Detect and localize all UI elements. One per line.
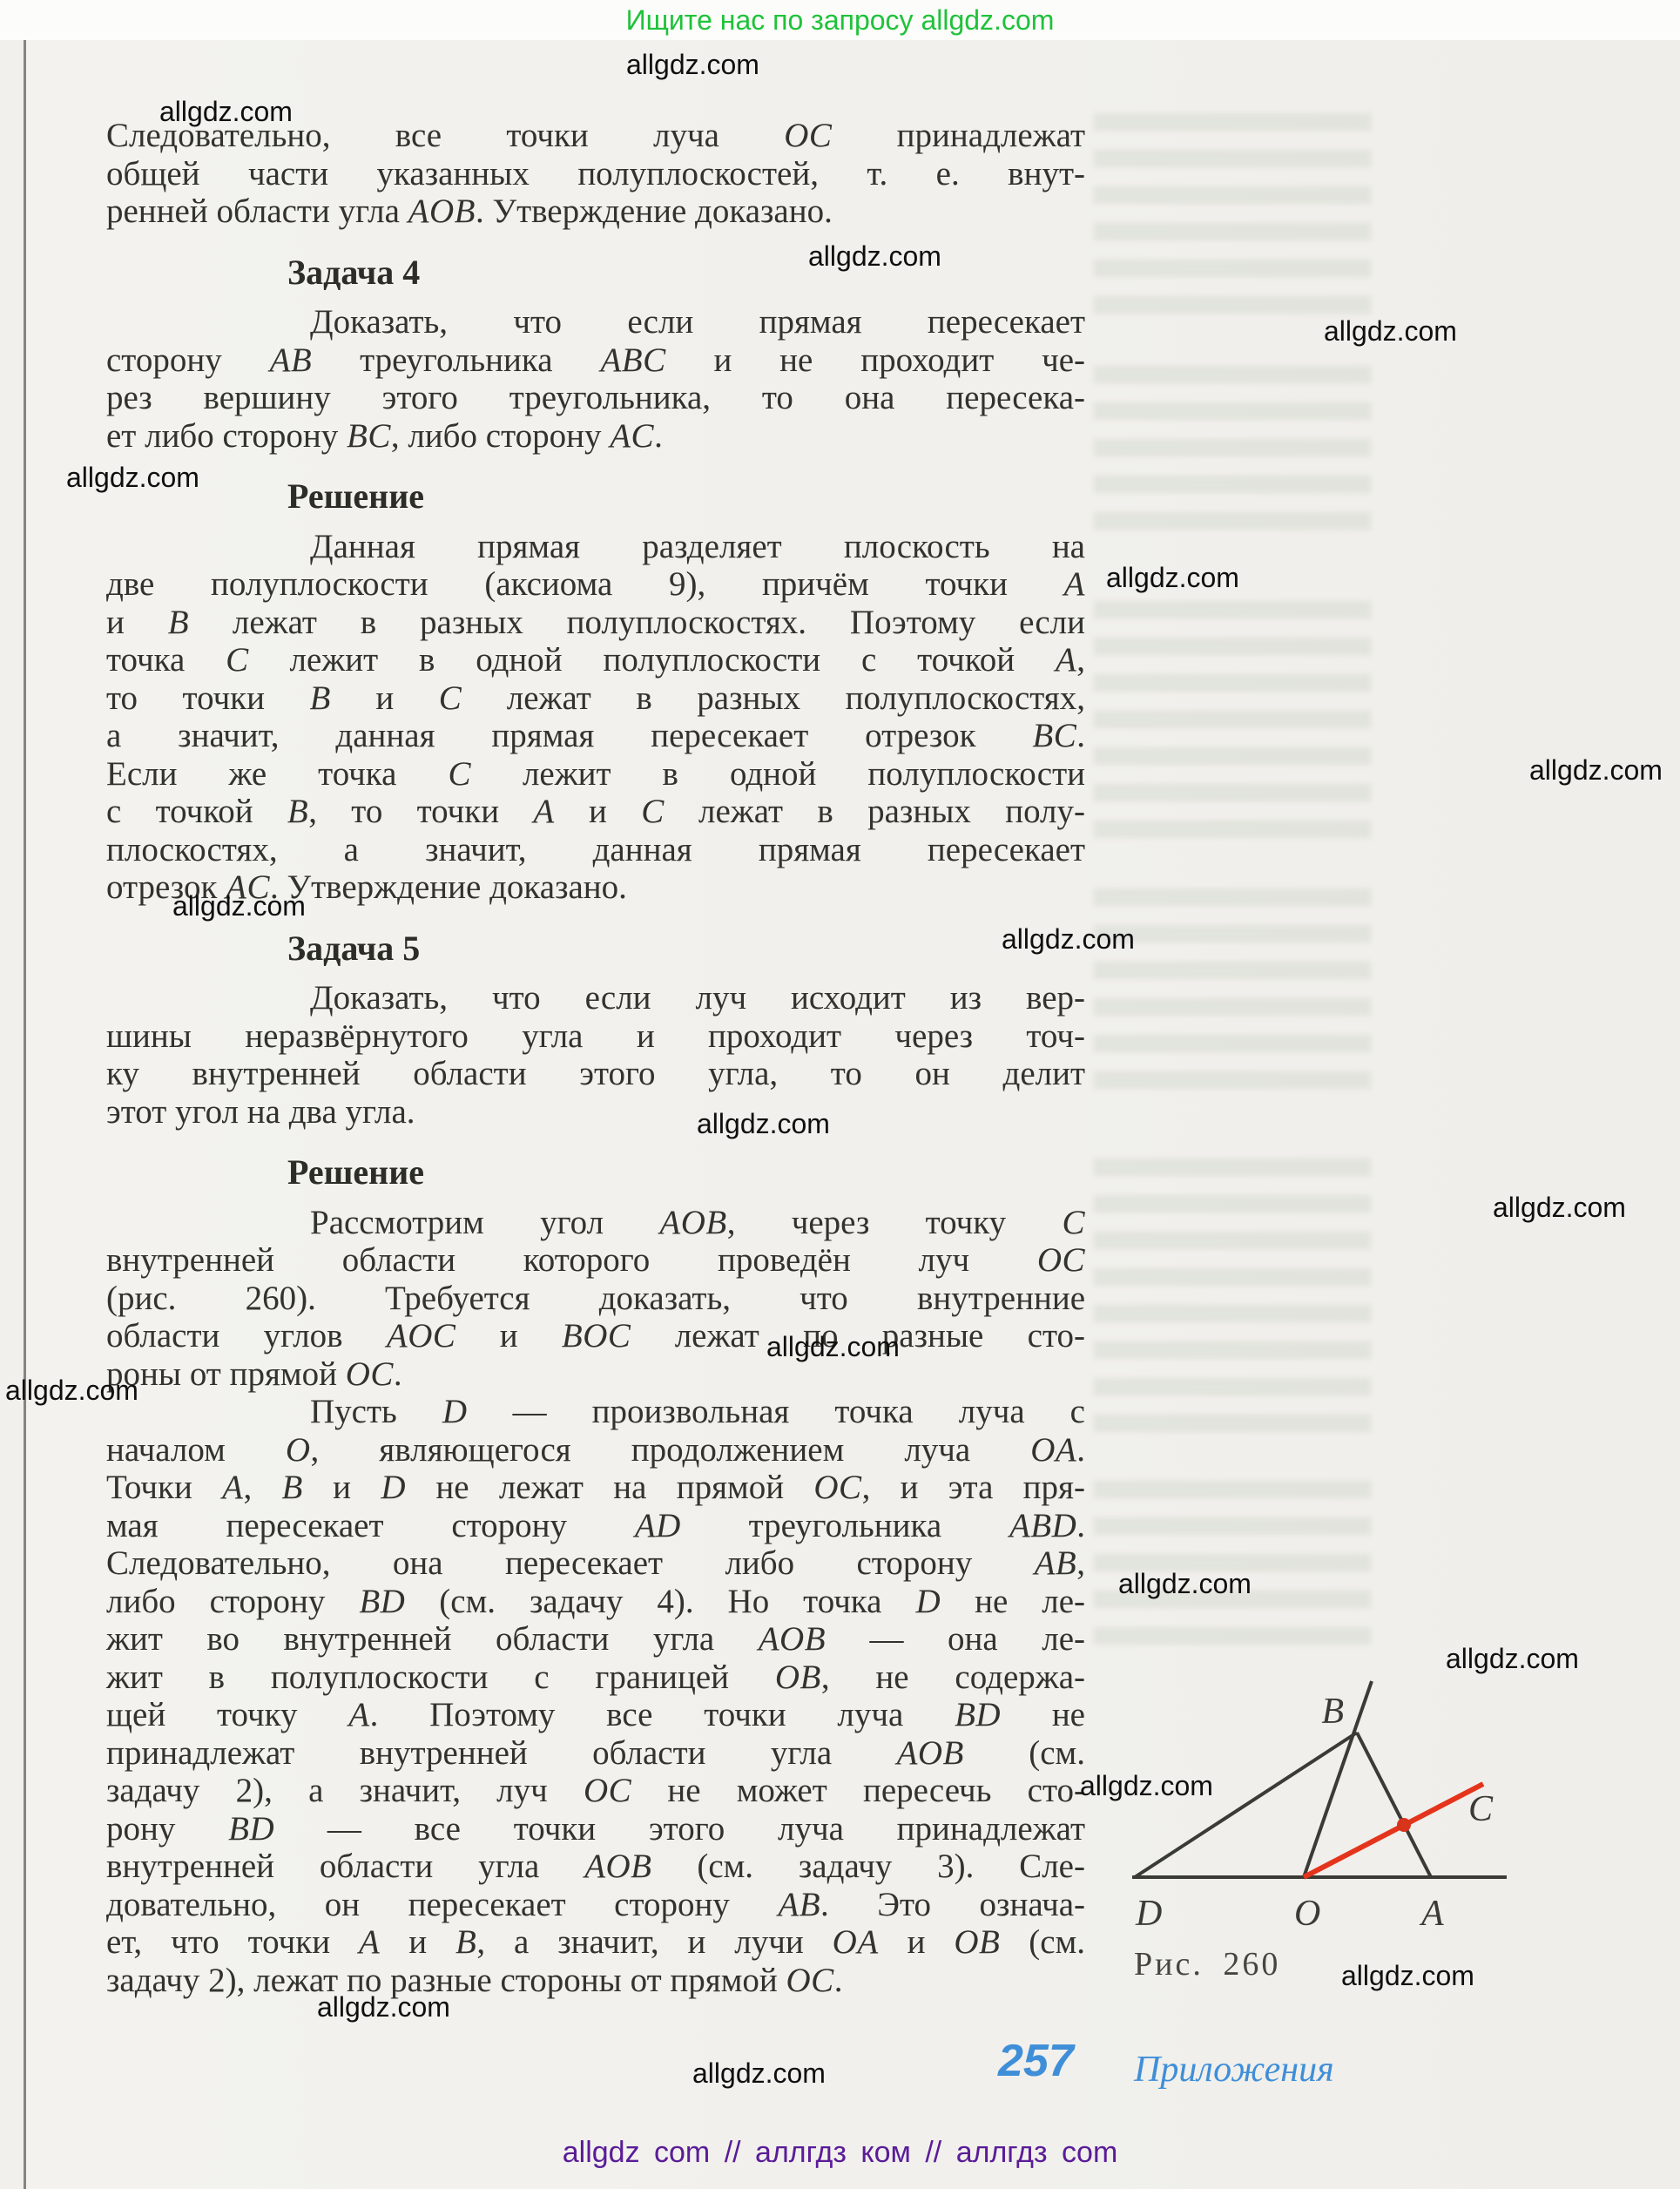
text-line: плоскостях, а значит, данная прямая пере… xyxy=(106,831,1085,869)
text-line: с точкой B, то точки A и C лежат в разны… xyxy=(106,793,1085,831)
text-line: общей части указанных полуплоскостей, т.… xyxy=(106,155,1085,193)
text-line: жит во внутренней области угла AOB — она… xyxy=(106,1620,1085,1659)
bleed-through-text xyxy=(1094,366,1371,549)
text-line: а значит, данная прямая пересекает отрез… xyxy=(106,717,1085,755)
section-heading: Решение xyxy=(287,477,1085,516)
watermark: allgdz.com xyxy=(1324,315,1457,348)
text-line: этот угол на два угла. xyxy=(106,1093,1085,1132)
text-line: Следовательно, она пересекает либо сторо… xyxy=(106,1544,1085,1583)
text-line: роны от прямой OC. xyxy=(106,1355,1085,1394)
text-line: задачу 2), лежат по разные стороны от пр… xyxy=(106,1962,1085,2000)
label-A: A xyxy=(1419,1894,1444,1934)
text-line: Пусть D — произвольная точка луча с xyxy=(106,1393,1085,1431)
book-spine-edge xyxy=(0,38,26,2189)
line-BA xyxy=(1357,1733,1431,1877)
text-line: либо сторону BD (см. задачу 4). Но точка… xyxy=(106,1583,1085,1621)
text-line: ку внутренней области этого угла, то он … xyxy=(106,1055,1085,1093)
watermark: allgdz.com xyxy=(692,2057,826,2090)
watermark: allgdz.com xyxy=(66,462,199,494)
watermark: allgdz.com xyxy=(172,890,306,922)
text-column: Следовательно, все точки луча OC принадл… xyxy=(106,117,1085,1999)
browser-top-band: Ищите нас по запросу allgdz.com xyxy=(0,0,1680,40)
page: Ищите нас по запросу allgdz.com Следоват… xyxy=(0,0,1680,2189)
figure-caption: Рис. 260 xyxy=(1134,1945,1280,1983)
watermark: allgdz.com xyxy=(766,1331,900,1363)
text-line: Доказать, что если прямая пересекает xyxy=(106,303,1085,341)
line-DB xyxy=(1135,1733,1357,1877)
section-heading: Задача 5 xyxy=(287,929,1085,968)
intersection-point xyxy=(1397,1818,1411,1832)
watermark: allgdz.com xyxy=(1118,1568,1252,1600)
text-line: Точки A, B и D не лежат на прямой OC, и … xyxy=(106,1469,1085,1507)
text-line: внутренней области угла AOB (см. задачу … xyxy=(106,1848,1085,1886)
label-C: C xyxy=(1468,1789,1494,1829)
text-line: точка C лежит в одной полуплоскости с то… xyxy=(106,641,1085,679)
bleed-through-text xyxy=(1094,1159,1371,1446)
watermark: allgdz.com xyxy=(159,96,293,128)
figure-260: B C D O A xyxy=(1123,1671,1524,1936)
section-label: Приложения xyxy=(1134,2049,1334,2091)
watermark: allgdz.com xyxy=(1341,1960,1474,1992)
text-line: то точки B и C лежат в разных полуплоско… xyxy=(106,679,1085,718)
section-heading: Решение xyxy=(287,1153,1085,1192)
watermark: allgdz.com xyxy=(808,240,941,273)
watermark: allgdz.com xyxy=(697,1108,830,1140)
text-line: две полуплоскости (аксиома 9), причём то… xyxy=(106,565,1085,604)
promo-header: Ищите нас по запросу allgdz.com xyxy=(0,4,1680,37)
text-line: Если же точка C лежит в одной полуплоско… xyxy=(106,755,1085,794)
watermark: allgdz.com xyxy=(1446,1643,1579,1675)
bleed-through-text xyxy=(1094,1481,1371,1646)
text-line: довательно, он пересекает сторону AB. Эт… xyxy=(106,1886,1085,1924)
text-line: области углов AOC и BOC лежат по разные … xyxy=(106,1317,1085,1355)
text-line: мая пересекает сторону AD треугольника A… xyxy=(106,1507,1085,1545)
text-line: Данная прямая разделяет плоскость на xyxy=(106,528,1085,566)
text-line: началом O, являющегося продолжением луча… xyxy=(106,1431,1085,1469)
watermark: allgdz.com xyxy=(1493,1192,1626,1224)
text-line: задачу 2), а значит, луч OC не может пер… xyxy=(106,1772,1085,1810)
watermark: allgdz.com xyxy=(1106,562,1239,594)
bleed-through-text xyxy=(1094,113,1371,314)
watermark: allgdz.com xyxy=(1080,1770,1213,1802)
text-line: внутренней области которого проведён луч… xyxy=(106,1241,1085,1280)
page-number: 257 xyxy=(998,2035,1074,2087)
text-line: ет, что точки A и B, а значит, и лучи OA… xyxy=(106,1923,1085,1962)
text-line: ренней области угла AOB. Утверждение док… xyxy=(106,193,1085,231)
text-line: жит в полуплоскости с границей OB, не со… xyxy=(106,1659,1085,1697)
bleed-through-text xyxy=(1094,888,1371,1106)
watermark: allgdz.com xyxy=(5,1375,138,1407)
watermark: allgdz.com xyxy=(1529,754,1663,787)
text-line: рону BD — все точки этого луча принадлеж… xyxy=(106,1810,1085,1848)
watermark: allgdz.com xyxy=(317,1991,450,2023)
label-B: B xyxy=(1321,1692,1344,1732)
text-line: принадлежат внутренней области угла AOB … xyxy=(106,1734,1085,1773)
text-line: щей точку A. Поэтому все точки луча BD н… xyxy=(106,1696,1085,1734)
text-line: Рассмотрим угол AOB, через точку C xyxy=(106,1204,1085,1242)
text-line: ет либо сторону BC, либо сторону AC. xyxy=(106,417,1085,456)
section-heading: Задача 4 xyxy=(287,253,1085,292)
text-line: рез вершину этого треугольника, то она п… xyxy=(106,379,1085,417)
text-line: и B лежат в разных полуплоскостях. Поэто… xyxy=(106,604,1085,642)
label-O: O xyxy=(1294,1894,1320,1934)
label-D: D xyxy=(1135,1894,1162,1934)
watermark: allgdz.com xyxy=(1002,923,1135,956)
bleed-through-text xyxy=(1094,601,1371,845)
text-line: (рис. 260). Требуется доказать, что внут… xyxy=(106,1280,1085,1318)
site-footer: allgdz com // аллгдз ком // аллгдз com xyxy=(0,2136,1680,2170)
text-line: шины неразвёрнутого угла и проходит чере… xyxy=(106,1017,1085,1056)
watermark: allgdz.com xyxy=(626,49,759,81)
text-line: Доказать, что если луч исходит из вер- xyxy=(106,979,1085,1017)
text-line: сторону AB треугольника ABC и не проходи… xyxy=(106,341,1085,380)
